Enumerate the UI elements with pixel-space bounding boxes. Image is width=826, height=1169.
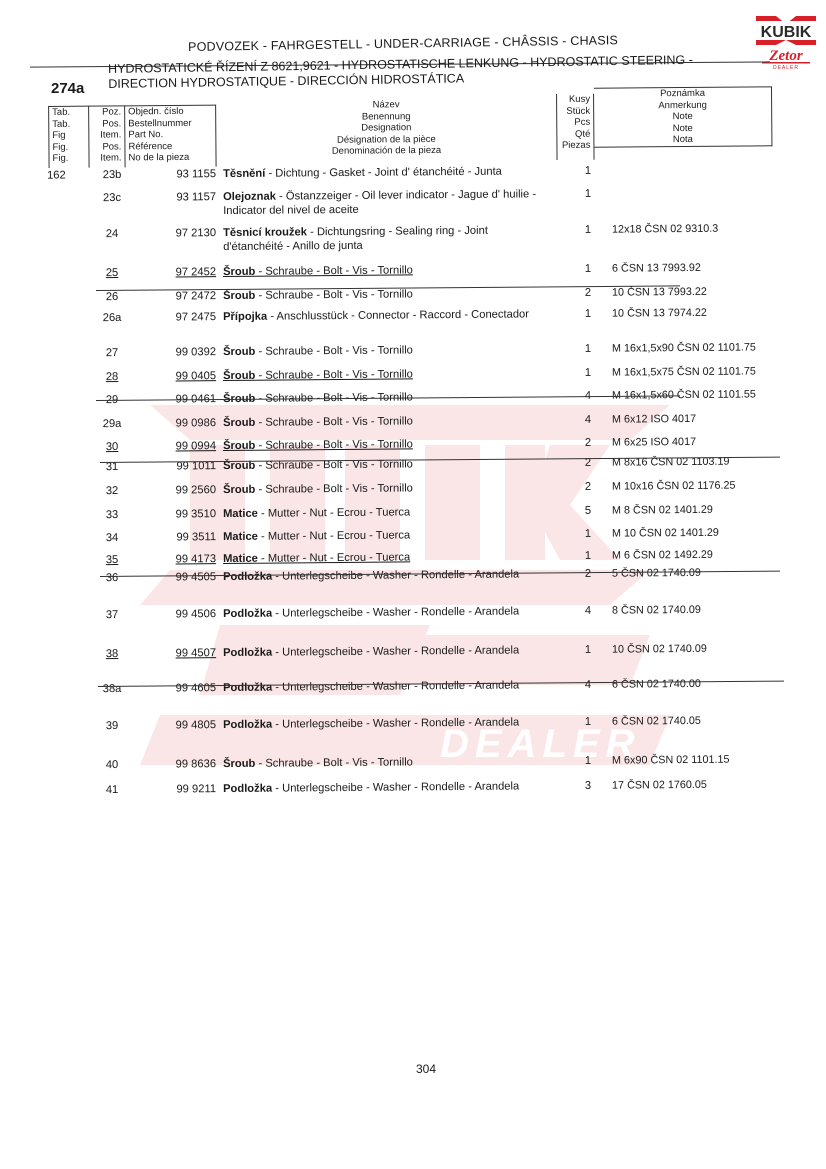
part-name-translations: - Schraube - Bolt - Vis - Tornillo: [255, 482, 413, 495]
part-number: 99 4506: [140, 608, 216, 622]
part-designation: Podložka - Unterlegscheibe - Washer - Ro…: [223, 644, 543, 660]
table-row: 3299 2560Šroub - Schraube - Bolt - Vis -…: [0, 479, 826, 486]
part-name-czech: Šroub: [223, 289, 255, 301]
position-number: 23b: [92, 169, 132, 183]
note: 10 ČSN 13 7993.22: [612, 285, 782, 300]
quantity: 1: [578, 343, 598, 357]
table-row: 3999 4805Podložka - Unterlegscheibe - Wa…: [0, 714, 826, 721]
part-number: 99 4505: [140, 571, 216, 585]
part-name-czech: Olejoznak: [223, 190, 276, 202]
part-designation: Šroub - Schraube - Bolt - Vis - Tornillo: [223, 414, 543, 430]
note: M 16x1,5x75 ČSN 02 1101.75: [612, 365, 782, 380]
part-number: 99 0405: [140, 370, 216, 384]
part-designation: Šroub - Schraube - Bolt - Vis - Tornillo: [223, 481, 543, 497]
quantity: 4: [578, 679, 598, 693]
table-header: Tab.Tab.FigFig.Fig. Poz.Pos.Item.Pos.Ite…: [48, 86, 773, 170]
position-number: 25: [92, 266, 132, 280]
part-number: 93 1155: [140, 168, 216, 182]
part-number: 97 2452: [140, 266, 216, 280]
note: 5 ČSN 02 1740.09: [612, 567, 782, 582]
position-number: 39: [92, 720, 132, 734]
position-number: 27: [92, 347, 132, 361]
note: M 6x25 ISO 4017: [612, 435, 782, 450]
position-number: 38: [92, 648, 132, 662]
part-name-translations: - Unterlegscheibe - Washer - Rondelle - …: [272, 569, 519, 583]
table-row: 3799 4506Podložka - Unterlegscheibe - Wa…: [0, 603, 826, 610]
table-row: 2497 2130Těsnicí kroužek - Dichtungsring…: [0, 222, 826, 229]
table-row: 3599 4173Matice - Mutter - Nut - Ecrou -…: [0, 548, 826, 555]
table-row: 3499 3511Matice - Mutter - Nut - Ecrou -…: [0, 525, 826, 532]
part-number: 99 3511: [140, 531, 216, 545]
part-number: 99 0392: [140, 346, 216, 360]
part-name-czech: Šroub: [223, 346, 255, 358]
part-name-translations: - Schraube - Bolt - Vis - Tornillo: [255, 756, 413, 769]
table-row: 3899 4507Podložka - Unterlegscheibe - Wa…: [0, 642, 826, 649]
part-designation: Podložka - Unterlegscheibe - Washer - Ro…: [223, 679, 543, 695]
part-name-czech: Těsnění: [223, 168, 265, 180]
note: [612, 186, 782, 187]
part-name-czech: Matice: [223, 553, 258, 565]
quantity: 4: [578, 605, 598, 619]
position-number: 23c: [92, 192, 132, 206]
part-number: 99 0986: [140, 417, 216, 431]
part-name-czech: Podložka: [223, 571, 272, 583]
position-number: 28: [92, 371, 132, 385]
position-number: 26: [92, 290, 132, 304]
kubik-dealer-watermark: DEALER: [130, 395, 690, 795]
part-name-czech: Matice: [223, 507, 258, 519]
part-name-translations: - Unterlegscheibe - Washer - Rondelle - …: [272, 645, 519, 659]
quantity: 1: [578, 262, 598, 276]
quantity: 4: [578, 414, 598, 428]
position-number: 24: [92, 228, 132, 242]
position-number: 35: [92, 554, 132, 568]
part-name-czech: Podložka: [223, 608, 272, 620]
note: M 6 ČSN 02 1492.29: [612, 549, 782, 564]
part-name-translations: - Mutter - Nut - Ecrou - Tuerca: [258, 552, 410, 565]
part-designation: Podložka - Unterlegscheibe - Washer - Ro…: [223, 780, 543, 796]
position-number: 40: [92, 758, 132, 772]
quantity: 1: [578, 367, 598, 381]
table-row: 3399 3510Matice - Mutter - Nut - Ecrou -…: [0, 502, 826, 509]
quantity: 1: [578, 188, 598, 202]
quantity: 2: [578, 481, 598, 495]
part-designation: Olejoznak - Östanzzeiger - Oil lever ind…: [223, 188, 543, 218]
position-number: 26a: [92, 312, 132, 326]
table-row: 2597 2452Šroub - Schraube - Bolt - Vis -…: [0, 260, 826, 267]
part-number: 97 2472: [140, 290, 216, 304]
position-number: 29a: [92, 418, 132, 432]
part-name-czech: Podložka: [223, 682, 272, 694]
part-name-czech: Šroub: [223, 265, 255, 277]
part-number: 99 9211: [140, 783, 216, 797]
part-name-translations: - Unterlegscheibe - Washer - Rondelle - …: [272, 606, 519, 620]
table-row: 23c93 1157Olejoznak - Östanzzeiger - Oil…: [0, 186, 826, 193]
note: M 6x90 ČSN 02 1101.15: [612, 753, 782, 768]
part-designation: Šroub - Schraube - Bolt - Vis - Tornillo: [223, 437, 543, 453]
part-designation: Podložka - Unterlegscheibe - Washer - Ro…: [223, 605, 543, 621]
part-name-czech: Šroub: [223, 440, 255, 452]
part-number: 99 8636: [140, 758, 216, 772]
position-number: 41: [92, 783, 132, 797]
note: M 16x1,5x90 ČSN 02 1101.75: [612, 341, 782, 356]
part-number: 99 4507: [140, 647, 216, 661]
section-title: PODVOZEK - FAHRGESTELL - UNDER-CARRIAGE …: [188, 33, 618, 54]
position-number: 37: [92, 609, 132, 623]
header-part-number: Objedn. čísloBestellnummerPart No.Référe…: [124, 105, 216, 168]
part-number: 99 4173: [140, 554, 216, 568]
part-designation: Těsnění - Dichtung - Gasket - Joint d' é…: [223, 165, 543, 181]
part-designation: Matice - Mutter - Nut - Ecrou - Tuerca: [223, 551, 543, 567]
table-row: 2799 0392Šroub - Schraube - Bolt - Vis -…: [0, 341, 826, 348]
note: 10 ČSN 13 7974.22: [612, 307, 782, 322]
part-name-czech: Šroub: [223, 757, 255, 769]
note: 10 ČSN 02 1740.09: [612, 642, 782, 657]
quantity: 1: [578, 527, 598, 541]
part-designation: Matice - Mutter - Nut - Ecrou - Tuerca: [223, 505, 543, 521]
note: 6 ČSN 02 1740.00: [612, 677, 782, 692]
note: M 10 ČSN 02 1401.29: [612, 526, 782, 541]
table-row: 4199 9211Podložka - Unterlegscheibe - Wa…: [0, 777, 826, 784]
part-name-czech: Podložka: [223, 647, 272, 659]
part-name-czech: Přípojka: [223, 311, 267, 323]
note: M 8 ČSN 02 1401.29: [612, 503, 782, 518]
quantity: 2: [578, 568, 598, 582]
svg-text:KUBIK: KUBIK: [761, 24, 812, 41]
note: 17 ČSN 02 1760.05: [612, 778, 782, 793]
quantity: 1: [578, 308, 598, 322]
part-name-translations: - Unterlegscheibe - Washer - Rondelle - …: [272, 780, 519, 794]
table-row: 3099 0994Šroub - Schraube - Bolt - Vis -…: [0, 435, 826, 442]
table-row: 29a99 0986Šroub - Schraube - Bolt - Vis …: [0, 412, 826, 419]
quantity: 1: [578, 754, 598, 768]
part-name-czech: Šroub: [223, 483, 255, 495]
part-number: 99 3510: [140, 508, 216, 522]
note: 8 ČSN 02 1740.09: [612, 603, 782, 618]
part-name-czech: Šroub: [223, 417, 255, 429]
part-name-translations: - Unterlegscheibe - Washer - Rondelle - …: [272, 679, 519, 693]
part-name-czech: Těsnicí kroužek: [223, 226, 307, 239]
note: M 10x16 ČSN 02 1176.25: [612, 479, 782, 494]
figure-number: 162: [47, 169, 77, 183]
svg-text:DEALER: DEALER: [773, 65, 799, 70]
table-row: 4099 8636Šroub - Schraube - Bolt - Vis -…: [0, 752, 826, 759]
part-number: 99 0994: [140, 440, 216, 454]
quantity: 3: [578, 779, 598, 793]
part-name-translations: - Schraube - Bolt - Vis - Tornillo: [255, 415, 413, 428]
part-name-translations: - Schraube - Bolt - Vis - Tornillo: [255, 345, 413, 358]
catalog-page: DEALER KUBIK Zetor DEALER PODVOZEK - FAH…: [0, 0, 826, 1169]
part-name-czech: Podložka: [223, 782, 272, 794]
header-quantity: KusyStückPcsQtéPiezas: [556, 94, 595, 160]
part-designation: Těsnicí kroužek - Dichtungsring - Sealin…: [223, 224, 543, 254]
table-row: 26a97 2475Přípojka - Anschlusstück - Con…: [0, 306, 826, 313]
part-number: 99 4805: [140, 719, 216, 733]
part-designation: Podložka - Unterlegscheibe - Washer - Ro…: [223, 716, 543, 732]
part-number: 97 2130: [140, 227, 216, 241]
quantity: 1: [578, 716, 598, 730]
table-row: 2999 0461Šroub - Schraube - Bolt - Vis -…: [0, 388, 826, 395]
header-tab: Tab.Tab.FigFig.Fig.: [48, 106, 88, 168]
part-designation: Šroub - Schraube - Bolt - Vis - Tornillo: [223, 263, 543, 279]
part-name-translations: - Mutter - Nut - Ecrou - Tuerca: [258, 506, 410, 519]
header-note: PoznámkaAnmerkungNoteNoteNota: [594, 86, 772, 147]
position-number: 32: [92, 485, 132, 499]
part-designation: Matice - Mutter - Nut - Ecrou - Tuerca: [223, 528, 543, 544]
part-name-translations: - Anschlusstück - Connector - Raccord - …: [267, 309, 529, 323]
part-designation: Šroub - Schraube - Bolt - Vis - Tornillo: [223, 755, 543, 771]
position-number: 30: [92, 441, 132, 455]
note: 6 ČSN 13 7993.92: [612, 261, 782, 276]
quantity: 1: [578, 550, 598, 564]
position-number: 34: [92, 531, 132, 545]
part-name-translations: - Schraube - Bolt - Vis - Tornillo: [255, 288, 413, 301]
part-designation: Šroub - Schraube - Bolt - Vis - Tornillo: [223, 367, 543, 383]
quantity: 2: [578, 286, 598, 300]
note: 6 ČSN 02 1740.05: [612, 714, 782, 729]
part-number: 93 1157: [140, 191, 216, 205]
note: M 6x12 ISO 4017: [612, 412, 782, 427]
header-designation: NázevBenennungDesignationDésignation de …: [216, 98, 557, 167]
part-name-translations: - Dichtung - Gasket - Joint d' étanchéit…: [265, 166, 502, 180]
quantity: 1: [578, 644, 598, 658]
svg-text:Zetor: Zetor: [768, 48, 802, 64]
page-number: 304: [416, 1062, 436, 1076]
position-number: 36: [92, 572, 132, 586]
position-number: 33: [92, 508, 132, 522]
part-name-translations: - Schraube - Bolt - Vis - Tornillo: [255, 369, 413, 382]
part-name-czech: Matice: [223, 530, 258, 542]
part-designation: Přípojka - Anschlusstück - Connector - R…: [223, 309, 543, 325]
part-name-translations: - Mutter - Nut - Ecrou - Tuerca: [258, 529, 410, 542]
quantity: 1: [578, 224, 598, 238]
quantity: 1: [578, 165, 598, 179]
table-row: 2899 0405Šroub - Schraube - Bolt - Vis -…: [0, 365, 826, 372]
part-name-czech: Podložka: [223, 718, 272, 730]
part-name-translations: - Unterlegscheibe - Washer - Rondelle - …: [272, 716, 519, 730]
part-number: 99 2560: [140, 484, 216, 498]
part-number: 97 2475: [140, 312, 216, 326]
part-designation: Podložka - Unterlegscheibe - Washer - Ro…: [223, 569, 543, 585]
note: 12x18 ČSN 02 9310.3: [612, 222, 782, 237]
part-name-translations: - Schraube - Bolt - Vis - Tornillo: [255, 438, 413, 451]
group-title: HYDROSTATICKÉ ŘÍZENÍ Z 8621,9621 - HYDRO…: [108, 53, 693, 92]
quantity: 2: [578, 437, 598, 451]
part-name-translations: - Schraube - Bolt - Vis - Tornillo: [255, 264, 413, 277]
header-position: Poz.Pos.Item.Pos.Item.: [88, 105, 124, 167]
part-name-czech: Šroub: [223, 370, 255, 382]
part-designation: Šroub - Schraube - Bolt - Vis - Tornillo: [223, 344, 543, 360]
quantity: 5: [578, 504, 598, 518]
